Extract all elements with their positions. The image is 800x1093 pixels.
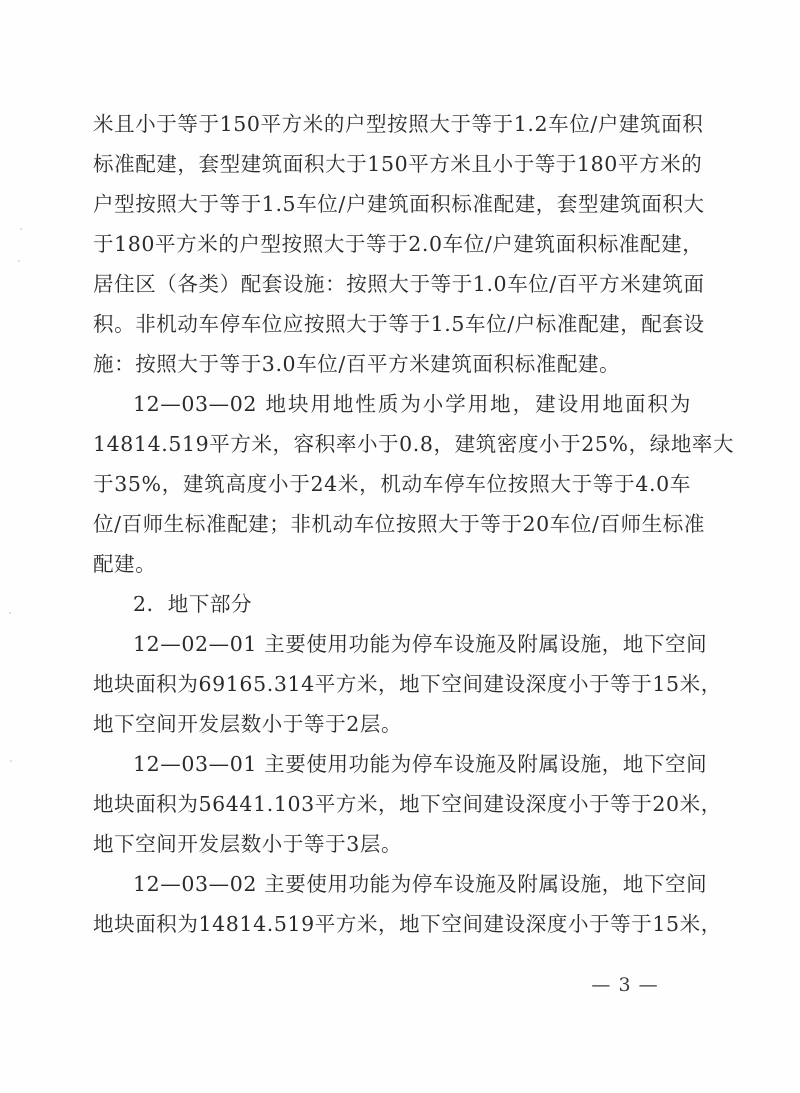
text-line: 14814.519平方米，容积率小于0.8，建筑密度小于25%，绿地率大 (93, 424, 691, 464)
text-line: 地块面积为56441.103平方米，地下空间建设深度小于等于20米， (93, 784, 691, 824)
text-line: 于35%，建筑高度小于24米，机动车停车位按照大于等于4.0车 (93, 464, 691, 504)
text-line: 地块面积为14814.519平方米，地下空间建设深度小于等于15米， (93, 904, 691, 944)
text-line: 地下空间开发层数小于等于3层。 (93, 824, 691, 864)
paragraph-start-12-03-01: 12—03—01 主要使用功能为停车设施及附属设施，地下空间 (93, 744, 691, 784)
scan-speck (9, 612, 11, 614)
text-line: 米且小于等于150平方米的户型按照大于等于1.2车位/户建筑面积 (93, 104, 691, 144)
scan-speck (20, 228, 22, 230)
text-line: 标准配建，套型建筑面积大于150平方米且小于等于180平方米的 (93, 144, 691, 184)
paragraph-start-12-02-01: 12—02—01 主要使用功能为停车设施及附属设施，地下空间 (93, 624, 691, 664)
scan-speck (18, 260, 20, 262)
scan-speck (10, 760, 12, 762)
text-line: 地下空间开发层数小于等于2层。 (93, 704, 691, 744)
document-page: 米且小于等于150平方米的户型按照大于等于1.2车位/户建筑面积 标准配建，套型… (0, 0, 800, 1093)
text-line: 户型按照大于等于1.5车位/户建筑面积标准配建，套型建筑面积大 (93, 184, 691, 224)
text-line: 位/百师生标准配建；非机动车位按照大于等于20车位/百师生标准 (93, 504, 691, 544)
text-line: 施：按照大于等于3.0车位/百平方米建筑面积标准配建。 (93, 344, 691, 384)
paragraph-start-12-03-02: 12—03—02 地块用地性质为小学用地，建设用地面积为 (93, 384, 691, 424)
text-line: 地块面积为69165.314平方米，地下空间建设深度小于等于15米， (93, 664, 691, 704)
text-line: 配建。 (93, 544, 691, 584)
section-heading-underground: 2．地下部分 (93, 584, 691, 624)
document-body: 米且小于等于150平方米的户型按照大于等于1.2车位/户建筑面积 标准配建，套型… (93, 104, 691, 944)
page-number: — 3 — (588, 972, 662, 998)
text-line: 于180平方米的户型按照大于等于2.0车位/户建筑面积标准配建， (93, 224, 691, 264)
text-line: 居住区（各类）配套设施：按照大于等于1.0车位/百平方米建筑面 (93, 264, 691, 304)
paragraph-start-12-03-02-underground: 12—03—02 主要使用功能为停车设施及附属设施，地下空间 (93, 864, 691, 904)
text-line: 积。非机动车停车位应按照大于等于1.5车位/户标准配建，配套设 (93, 304, 691, 344)
